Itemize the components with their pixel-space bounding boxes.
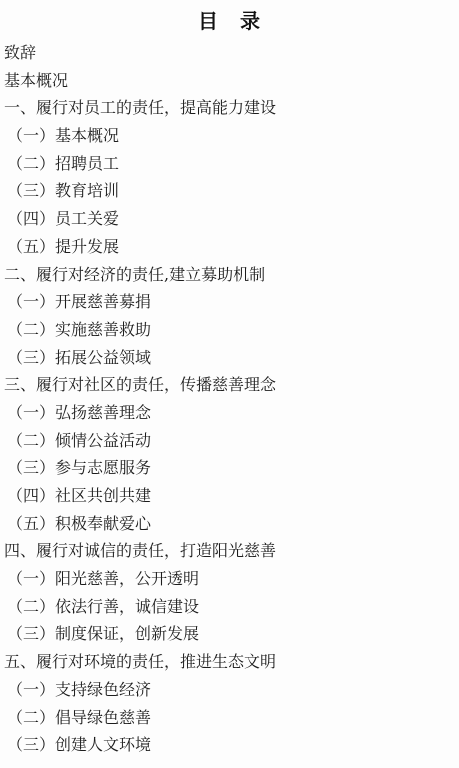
- toc-item: （一）弘扬慈善理念: [4, 399, 455, 427]
- toc-item: （三）制度保证，创新发展: [4, 620, 455, 648]
- toc-item: 三、履行对社区的责任，传播慈善理念: [4, 371, 455, 399]
- toc-item: 四、履行对诚信的责任，打造阳光慈善: [4, 537, 455, 565]
- toc-item: （五）提升发展: [4, 233, 455, 261]
- document-page: 目 录 致辞基本概况一、履行对员工的责任，提高能力建设（一）基本概况（二）招聘员…: [0, 0, 459, 768]
- toc-item: （二）依法行善，诚信建设: [4, 593, 455, 621]
- toc-item: （五）积极奉献爱心: [4, 510, 455, 538]
- toc-item: 基本概况: [4, 67, 455, 95]
- toc-item: （一）阳光慈善，公开透明: [4, 565, 455, 593]
- toc-item: （二）倾情公益活动: [4, 427, 455, 455]
- toc-item: （三）教育培训: [4, 177, 455, 205]
- toc-item: 二、履行对经济的责任,建立募助机制: [4, 261, 455, 289]
- toc-item: 致辞: [4, 39, 455, 67]
- toc-item: （二）招聘员工: [4, 150, 455, 178]
- toc-item: （二）倡导绿色慈善: [4, 704, 455, 732]
- toc-item: （一）基本概况: [4, 122, 455, 150]
- page-title: 目 录: [0, 5, 459, 37]
- toc-item: （四）员工关爱: [4, 205, 455, 233]
- toc-item: （三）创建人文环境: [4, 731, 455, 759]
- toc-list: 致辞基本概况一、履行对员工的责任，提高能力建设（一）基本概况（二）招聘员工（三）…: [0, 39, 459, 759]
- toc-item: （三）参与志愿服务: [4, 454, 455, 482]
- toc-item: （四）社区共创共建: [4, 482, 455, 510]
- toc-item: 五、履行对环境的责任，推进生态文明: [4, 648, 455, 676]
- toc-item: 一、履行对员工的责任，提高能力建设: [4, 94, 455, 122]
- toc-item: （一）开展慈善募捐: [4, 288, 455, 316]
- toc-item: （二）实施慈善救助: [4, 316, 455, 344]
- toc-item: （一）支持绿色经济: [4, 676, 455, 704]
- toc-item: （三）拓展公益领域: [4, 344, 455, 372]
